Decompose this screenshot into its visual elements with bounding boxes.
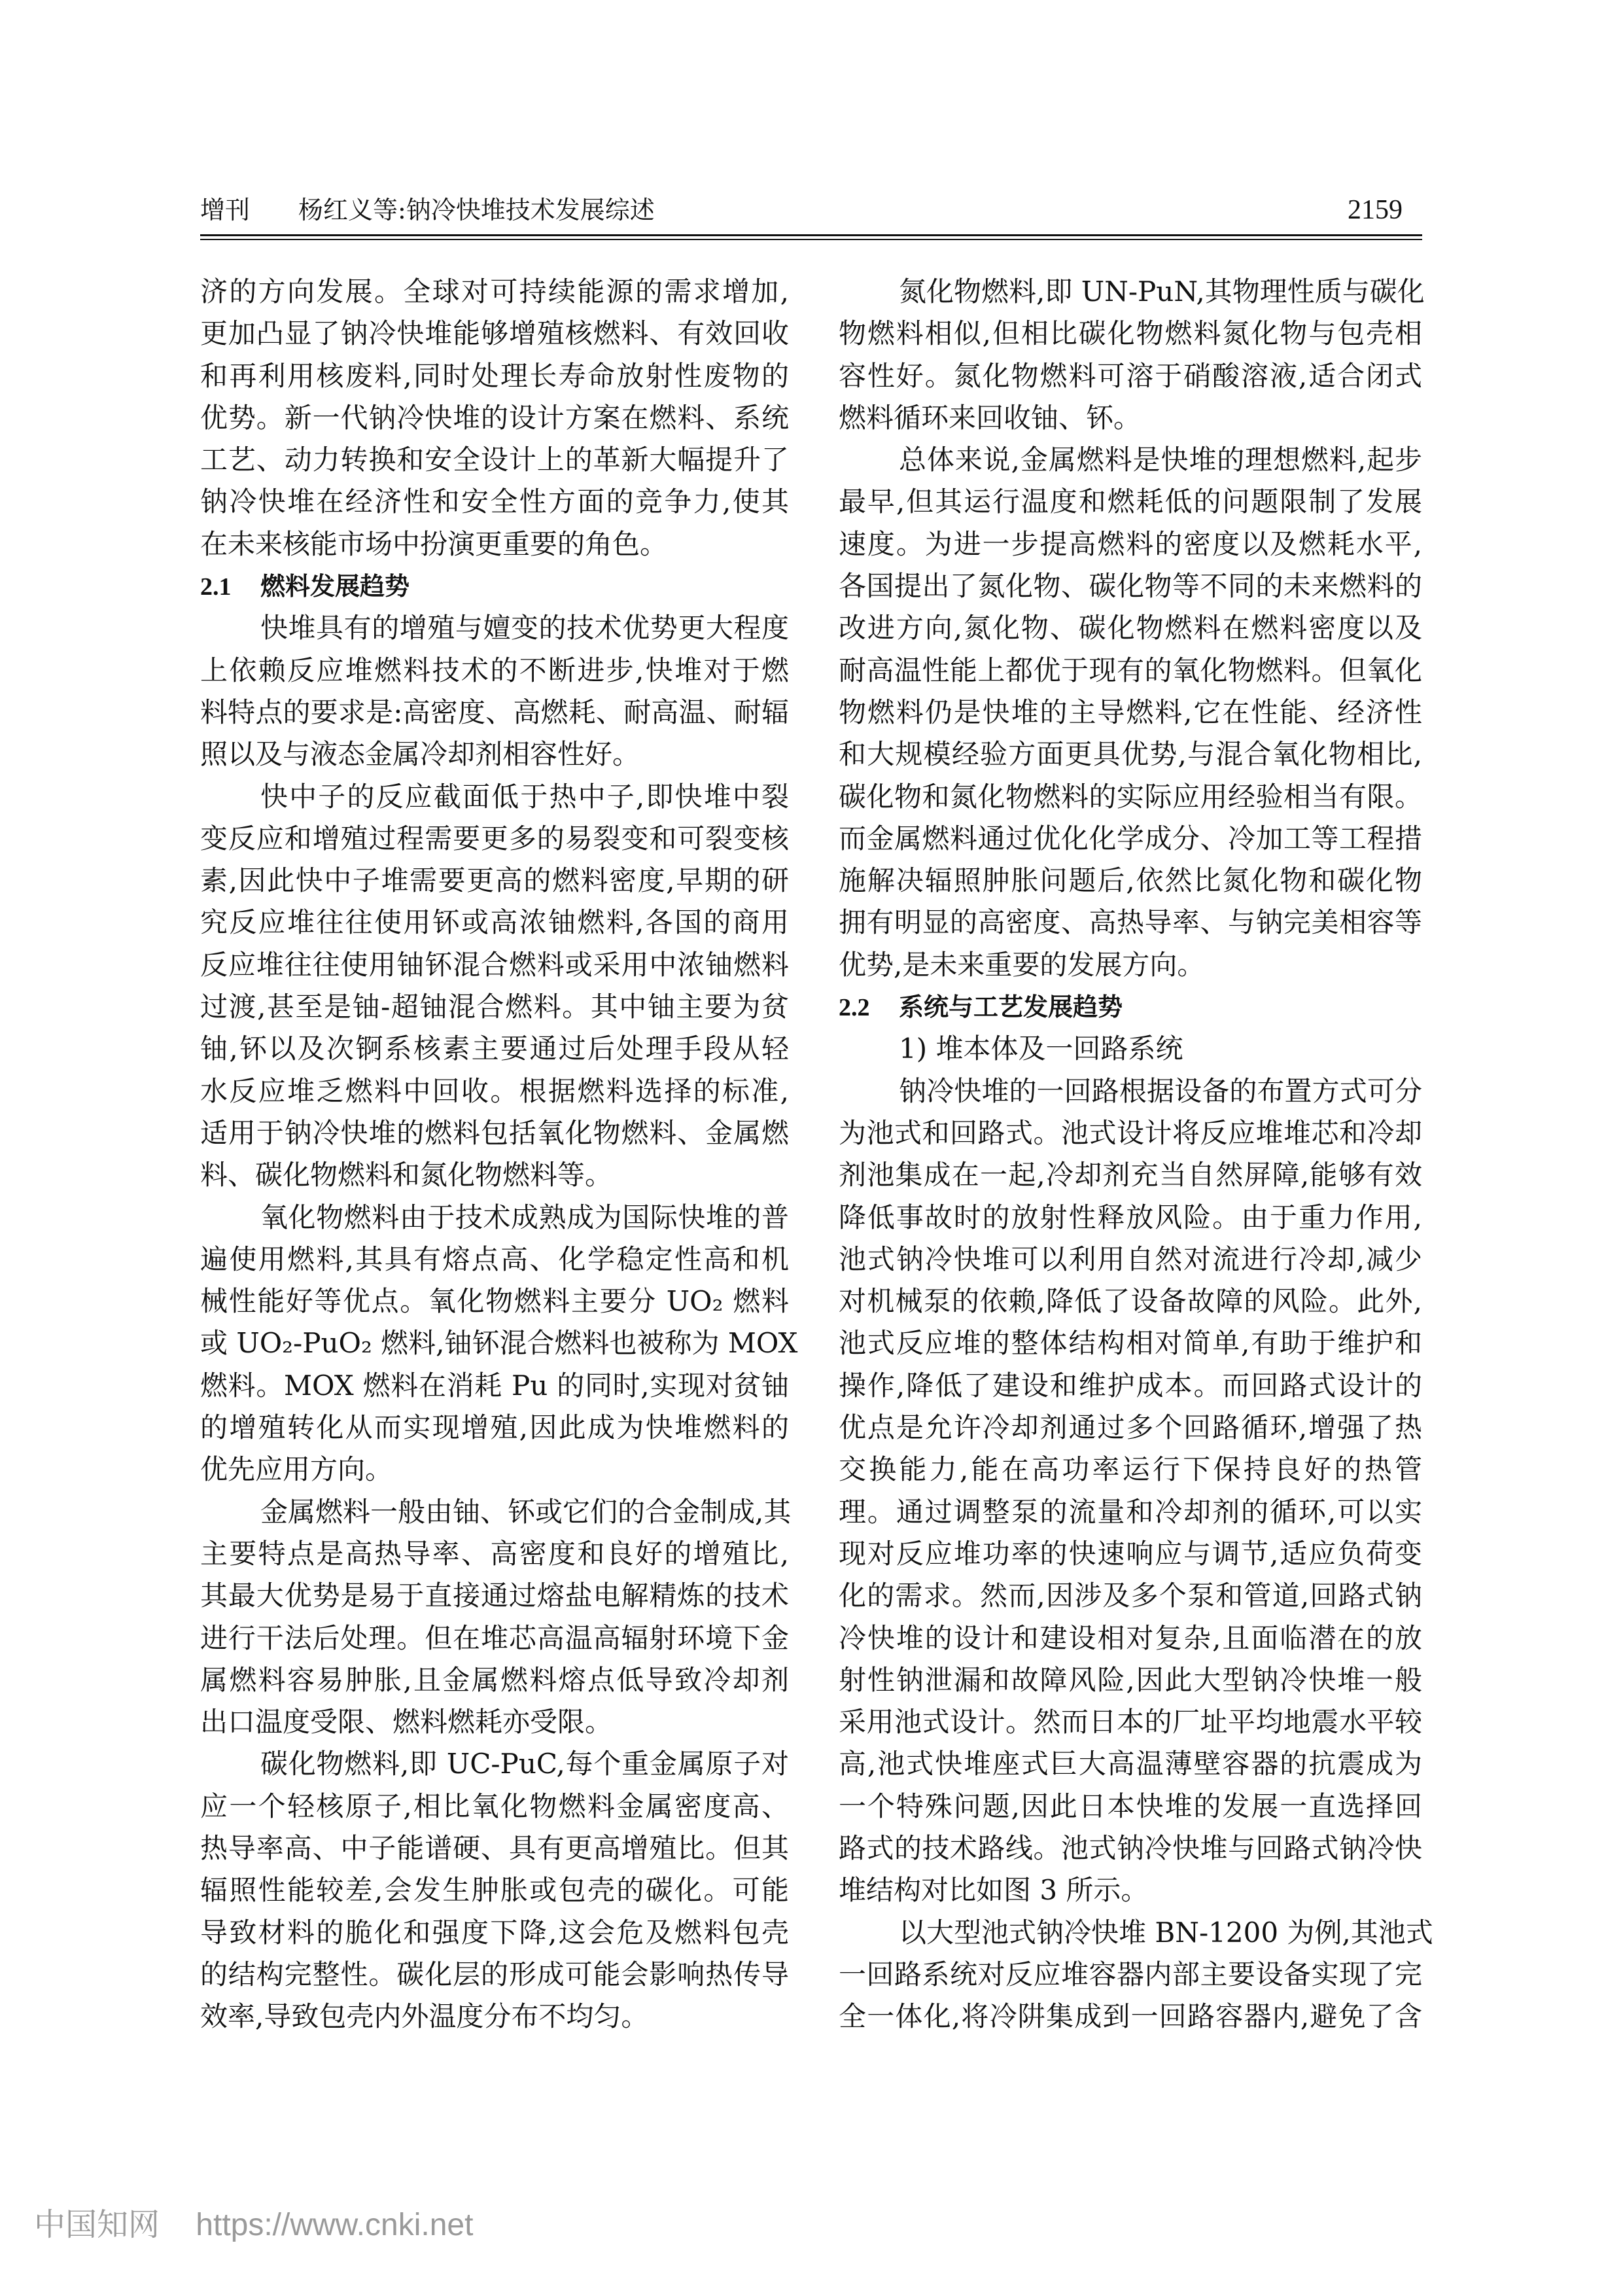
paragraph-line: 进行干法后处理。但在堆芯高温高辐射环境下金	[200, 1617, 789, 1659]
paragraph-line: 热导率高、中子能谱硬、具有更高增殖比。但其	[200, 1828, 789, 1869]
watermark-footer: 中国知网 https://www.cnki.net	[34, 2205, 473, 2245]
paragraph-line: 导致材料的脆化和强度下降,这会危及燃料包壳	[200, 1912, 789, 1954]
paragraph-line: 和大规模经验方面更具优势,与混合氧化物相比,	[839, 733, 1422, 775]
paragraph-line: 对机械泵的依赖,降低了设备故障的风险。此外,	[839, 1280, 1422, 1322]
section-heading: 2.1燃料发展趋势	[200, 565, 789, 607]
paragraph-first-line: 氮化物燃料,即 UN-PuN,其物理性质与碳化	[839, 271, 1422, 313]
paragraph-line: 料特点的要求是:高密度、高燃耗、耐高温、耐辐	[200, 692, 789, 733]
paragraph-line: 化的需求。然而,因涉及多个泵和管道,回路式钠	[839, 1575, 1422, 1617]
paragraph-line: 属燃料容易肿胀,且金属燃料熔点低导致冷却剂	[200, 1659, 789, 1701]
header-rule-thick	[200, 234, 1422, 236]
paragraph-line: 优点是允许冷却剂通过多个回路循环,增强了热	[839, 1407, 1422, 1449]
paragraph-line: 施解决辐照肿胀问题后,依然比氮化物和碳化物	[839, 860, 1422, 902]
cnki-url-link[interactable]: https://www.cnki.net	[196, 2208, 473, 2242]
paragraph-first-line: 碳化物燃料,即 UC-PuC,每个重金属原子对	[200, 1743, 789, 1785]
paragraph-line: 现对反应堆功率的快速响应与调节,适应负荷变	[839, 1533, 1422, 1575]
paragraph-line: 物燃料仍是快堆的主导燃料,它在性能、经济性	[839, 692, 1422, 733]
paragraph-line: 容性好。氮化物燃料可溶于硝酸溶液,适合闭式	[839, 355, 1422, 397]
paragraph-line: 更加凸显了钠冷快堆能够增殖核燃料、有效回收	[200, 313, 789, 355]
paragraph-line: 最早,但其运行温度和燃耗低的问题限制了发展	[839, 481, 1422, 523]
paragraph-line: 物燃料相似,但相比碳化物燃料氮化物与包壳相	[839, 313, 1422, 355]
paragraph-line: 钠冷快堆在经济性和安全性方面的竞争力,使其	[200, 481, 789, 523]
paragraph-line: 优势。新一代钠冷快堆的设计方案在燃料、系统	[200, 397, 789, 439]
paragraph-line: 济的方向发展。全球对可持续能源的需求增加,	[200, 271, 789, 313]
paragraph-line: 射性钠泄漏和故障风险,因此大型钠冷快堆一般	[839, 1659, 1422, 1701]
paragraph-first-line: 快中子的反应截面低于热中子,即快堆中裂	[200, 776, 789, 818]
paragraph-line: 和再利用核废料,同时处理长寿命放射性废物的	[200, 355, 789, 397]
paragraph-line: 一个特殊问题,因此日本快堆的发展一直选择回	[839, 1786, 1422, 1828]
section-title: 燃料发展趋势	[260, 572, 410, 601]
paragraph-line: 冷快堆的设计和建设相对复杂,且面临潜在的放	[839, 1617, 1422, 1659]
paragraph-line: 全一体化,将冷阱集成到一回路容器内,避免了含	[839, 1996, 1422, 2038]
paragraph-line: 或 UO₂-PuO₂ 燃料,铀钚混合燃料也被称为 MOX	[200, 1322, 789, 1364]
section-number: 2.1	[200, 566, 260, 608]
paragraph-first-line: 钠冷快堆的一回路根据设备的布置方式可分	[839, 1070, 1422, 1112]
paragraph-line: 的增殖转化从而实现增殖,因此成为快堆燃料的	[200, 1407, 789, 1449]
journal-issue: 增刊	[200, 194, 250, 226]
paragraph-first-line: 快堆具有的增殖与嬗变的技术优势更大程度	[200, 607, 789, 649]
paragraph-line: 械性能好等优点。氧化物燃料主要分 UO₂ 燃料	[200, 1280, 789, 1322]
paragraph-line: 素,因此快中子堆需要更高的燃料密度,早期的研	[200, 860, 789, 902]
paragraph-line: 反应堆往往使用铀钚混合燃料或采用中浓铀燃料	[200, 944, 789, 986]
paragraph-line: 剂池集成在一起,冷却剂充当自然屏障,能够有效	[839, 1154, 1422, 1196]
running-title: 杨红义等:钠冷快堆技术发展综述	[298, 194, 655, 226]
paragraph-line: 应一个轻核原子,相比氧化物燃料金属密度高、	[200, 1786, 789, 1828]
paragraph-line: 池式反应堆的整体结构相对简单,有助于维护和	[839, 1322, 1422, 1364]
paragraph-line: 为池式和回路式。池式设计将反应堆堆芯和冷却	[839, 1112, 1422, 1154]
paragraph-last-line: 效率,导致包壳内外温度分布不均匀。	[200, 1996, 789, 2038]
paragraph-line: 碳化物和氮化物燃料的实际应用经验相当有限。	[839, 776, 1422, 818]
right-column: 氮化物燃料,即 UN-PuN,其物理性质与碳化物燃料相似,但相比碳化物燃料氮化物…	[839, 271, 1422, 2038]
paragraph-line: 主要特点是高热导率、高密度和良好的增殖比,	[200, 1533, 789, 1575]
paragraph-line: 过渡,甚至是铀-超铀混合燃料。其中铀主要为贫	[200, 986, 789, 1028]
left-column: 济的方向发展。全球对可持续能源的需求增加,更加凸显了钠冷快堆能够增殖核燃料、有效…	[200, 271, 789, 2038]
paragraph-last-line: 优势,是未来重要的发展方向。	[839, 944, 1422, 986]
paragraph-line: 降低事故时的放射性释放风险。由于重力作用,	[839, 1197, 1422, 1239]
paragraph-line: 变反应和增殖过程需要更多的易裂变和可裂变核	[200, 818, 789, 860]
subsection-heading: 1) 堆本体及一回路系统	[839, 1028, 1422, 1070]
paragraph-last-line: 在未来核能市场中扮演更重要的角色。	[200, 523, 789, 565]
paragraph-first-line: 金属燃料一般由铀、钚或它们的合金制成,其	[200, 1491, 789, 1533]
paragraph-line: 池式钠冷快堆可以利用自然对流进行冷却,减少	[839, 1239, 1422, 1280]
paragraph-line: 理。通过调整泵的流量和冷却剂的循环,可以实	[839, 1491, 1422, 1533]
header-rule-thin	[200, 239, 1422, 240]
paragraph-first-line: 氧化物燃料由于技术成熟成为国际快堆的普	[200, 1197, 789, 1239]
paragraph-last-line: 燃料循环来回收铀、钚。	[839, 397, 1422, 439]
paragraph-line: 适用于钠冷快堆的燃料包括氧化物燃料、金属燃	[200, 1112, 789, 1154]
paragraph-line: 路式的技术路线。池式钠冷快堆与回路式钠冷快	[839, 1828, 1422, 1869]
paragraph-line: 改进方向,氮化物、碳化物燃料在燃料密度以及	[839, 607, 1422, 649]
paragraph-line: 一回路系统对反应堆容器内部主要设备实现了完	[839, 1954, 1422, 1996]
paragraph-line: 交换能力,能在高功率运行下保持良好的热管	[839, 1449, 1422, 1491]
paragraph-last-line: 照以及与液态金属冷却剂相容性好。	[200, 733, 789, 775]
paragraph-line: 铀,钚以及次锕系核素主要通过后处理手段从轻	[200, 1028, 789, 1070]
paragraph-line: 的结构完整性。碳化层的形成可能会影响热传导	[200, 1954, 789, 1996]
paragraph-line: 拥有明显的高密度、高热导率、与钠完美相容等	[839, 902, 1422, 944]
paragraph-line: 燃料。MOX 燃料在消耗 Pu 的同时,实现对贫铀	[200, 1365, 789, 1407]
paragraph-first-line: 总体来说,金属燃料是快堆的理想燃料,起步	[839, 439, 1422, 481]
paragraph-last-line: 优先应用方向。	[200, 1449, 789, 1491]
cnki-brand: 中国知网	[34, 2205, 160, 2244]
paragraph-line: 各国提出了氮化物、碳化物等不同的未来燃料的	[839, 565, 1422, 607]
section-heading: 2.2系统与工艺发展趋势	[839, 986, 1422, 1028]
paragraph-line: 而金属燃料通过优化化学成分、冷加工等工程措	[839, 818, 1422, 860]
paragraph-line: 操作,降低了建设和维护成本。而回路式设计的	[839, 1365, 1422, 1407]
paragraph-line: 耐高温性能上都优于现有的氧化物燃料。但氧化	[839, 650, 1422, 692]
paragraph-line: 高,池式快堆座式巨大高温薄壁容器的抗震成为	[839, 1743, 1422, 1785]
paragraph-last-line: 料、碳化物燃料和氮化物燃料等。	[200, 1154, 789, 1196]
section-title: 系统与工艺发展趋势	[899, 993, 1123, 1021]
running-header: 增刊 杨红义等:钠冷快堆技术发展综述 2159	[200, 194, 1422, 226]
paragraph-line: 辐照性能较差,会发生肿胀或包壳的碳化。可能	[200, 1869, 789, 1911]
paragraph-line: 遍使用燃料,其具有熔点高、化学稳定性高和机	[200, 1239, 789, 1280]
paragraph-line: 水反应堆乏燃料中回收。根据燃料选择的标准,	[200, 1070, 789, 1112]
paragraph-line: 其最大优势是易于直接通过熔盐电解精炼的技术	[200, 1575, 789, 1617]
paragraph-first-line: 以大型池式钠冷快堆 BN-1200 为例,其池式	[839, 1912, 1422, 1954]
paragraph-line: 上依赖反应堆燃料技术的不断进步,快堆对于燃	[200, 650, 789, 692]
paragraph-line: 采用池式设计。然而日本的厂址平均地震水平较	[839, 1701, 1422, 1743]
section-number: 2.2	[839, 987, 899, 1029]
paragraph-line: 工艺、动力转换和安全设计上的革新大幅提升了	[200, 439, 789, 481]
paragraph-last-line: 堆结构对比如图 3 所示。	[839, 1869, 1422, 1911]
paragraph-last-line: 出口温度受限、燃料燃耗亦受限。	[200, 1701, 789, 1743]
page-number: 2159	[1348, 194, 1403, 226]
paragraph-line: 速度。为进一步提高燃料的密度以及燃耗水平,	[839, 523, 1422, 565]
paragraph-line: 究反应堆往往使用钚或高浓铀燃料,各国的商用	[200, 902, 789, 944]
